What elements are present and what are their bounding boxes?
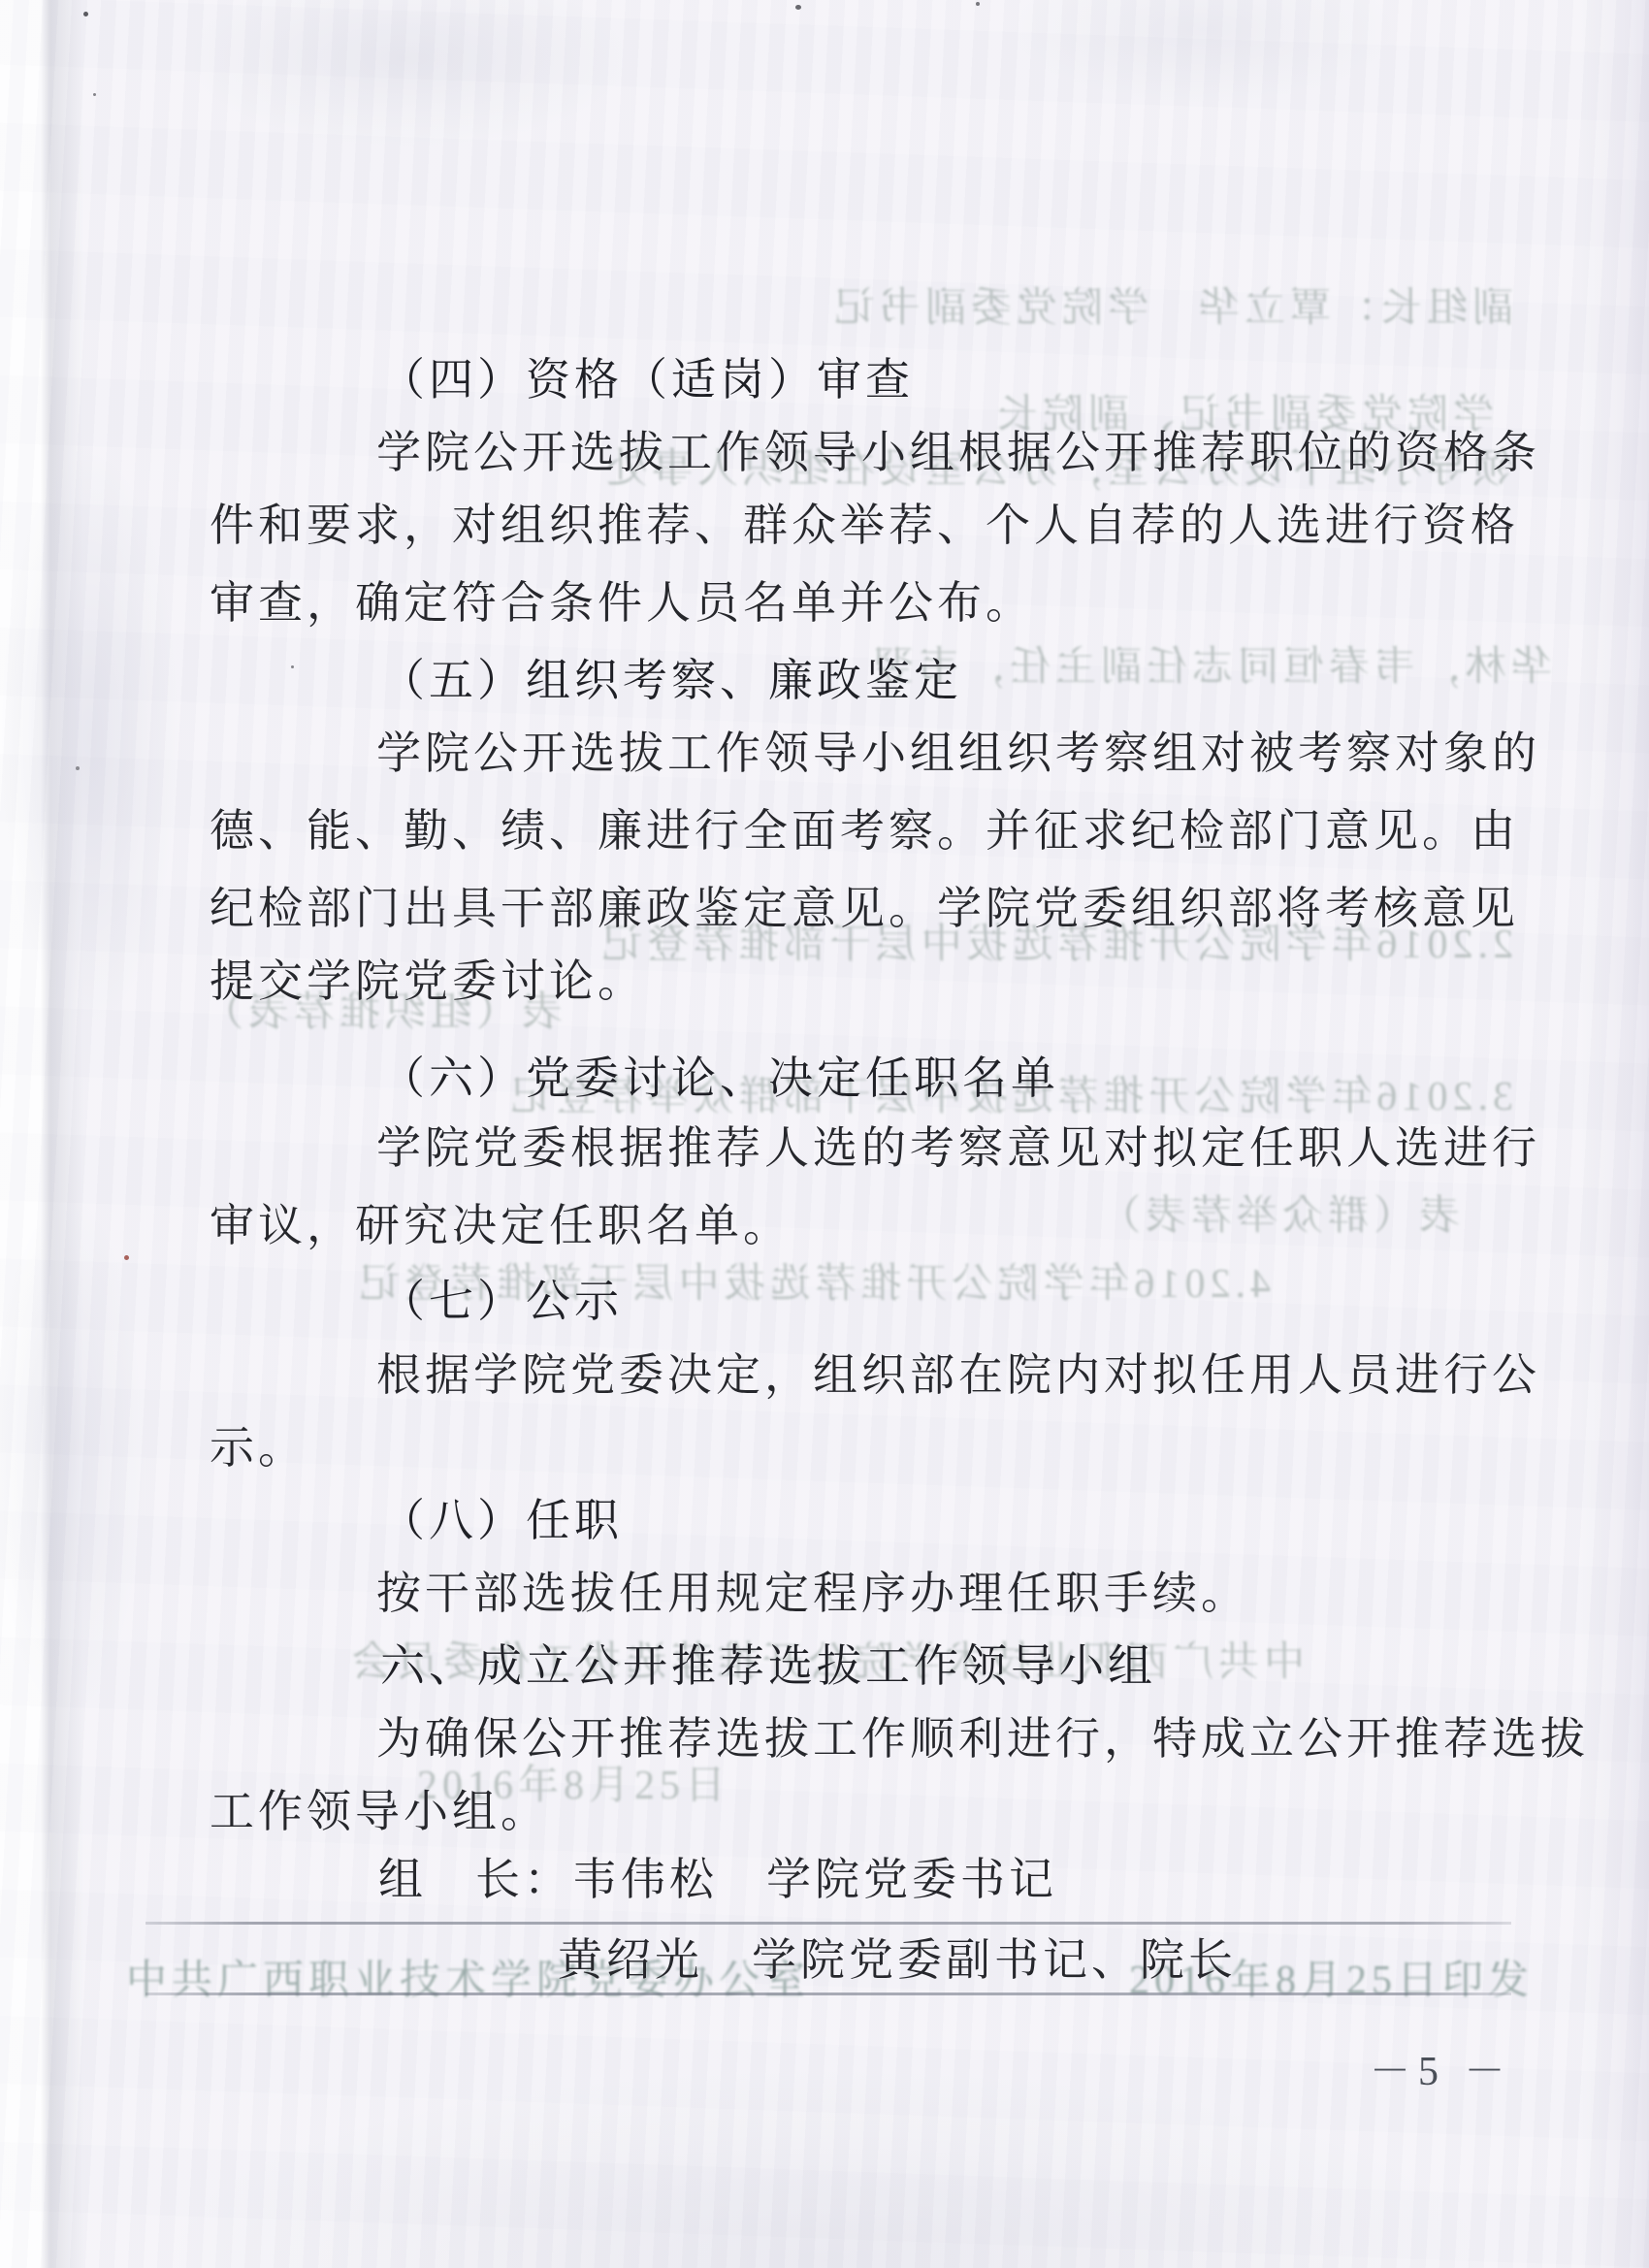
doc-line: 提交学院党委讨论。: [210, 955, 646, 1009]
ghost-line: 副组长：覃立华 学院党委副书记: [815, 283, 1513, 334]
doc-line: 学院公开选拔工作领导小组组织考察组对被考察对象的: [376, 727, 1540, 781]
section-heading: （八）任职: [380, 1494, 623, 1548]
leader-list-item: 黄绍光 学院党委副书记、院长: [558, 1933, 1237, 1988]
doc-line: 学院党委根据推荐人选的考察意见对拟定任职人选进行: [376, 1121, 1540, 1176]
scan-speck: [93, 93, 96, 96]
scan-speck: [291, 665, 294, 668]
doc-line: 学院公开选拔工作领导小组根据公开推荐职位的资格条: [376, 426, 1540, 480]
footer-rule-bottom: [145, 1993, 1511, 1995]
section-heading: （四）资格（适岗）审查: [380, 353, 914, 407]
doc-line: 德、能、勤、绩、廉进行全面考察。并征求纪检部门意见。由: [210, 804, 1519, 859]
ghost-line: 4.2016年学院公开推荐选拔中层干部推荐登记: [199, 1259, 1271, 1310]
scan-speck: [1379, 431, 1383, 435]
footer-rule-top: [145, 1922, 1511, 1925]
section-heading: （六）党委讨论、决定任职名单: [380, 1052, 1059, 1106]
scan-speck: [83, 12, 88, 16]
scanned-document-page: 副组长：覃立华 学院党委副书记 学院党委副书记、副院长 领导小组下设办公室，办公…: [0, 0, 1649, 2268]
scan-speck: [76, 766, 80, 770]
doc-line: 纪检部门出具干部廉政鉴定意见。学院党委组织部将考核意见: [210, 882, 1519, 936]
doc-line: 审查，确定符合条件人员名单并公布。: [210, 576, 1034, 631]
doc-line: 件和要求，对组织推荐、群众举荐、个人自荐的人选进行资格: [210, 499, 1519, 553]
scan-speck: [795, 5, 801, 10]
doc-line: 审议，研究决定任职名单。: [210, 1199, 792, 1253]
doc-line: 按干部选拔任用规定程序办理任职手续。: [376, 1567, 1249, 1621]
scan-speck: [124, 1255, 129, 1260]
scan-speck: [1311, 1381, 1315, 1385]
ghost-line: 华林，韦春恒同志任副主任，韦翌: [970, 642, 1552, 693]
doc-line: 示。: [210, 1421, 307, 1475]
leader-list-item: 组 长：韦伟松 学院党委书记: [378, 1853, 1057, 1907]
doc-line: 工作领导小组。: [210, 1785, 549, 1839]
ghost-line: 表（群众举荐表）: [1082, 1191, 1460, 1242]
scan-speck: [976, 2, 980, 6]
page-number: －5 －: [1370, 2039, 1513, 2097]
doc-line: 根据学院党委决定，组织部在院内对拟任用人员进行公: [376, 1348, 1540, 1403]
doc-line: 为确保公开推荐选拔工作顺利进行，特成立公开推荐选拔: [376, 1712, 1589, 1766]
section-heading: （五）组织考察、廉政鉴定: [380, 654, 962, 708]
section-heading: （七）公示: [380, 1275, 623, 1329]
section-heading: 六、成立公开推荐选拔工作领导小组: [380, 1639, 1156, 1694]
